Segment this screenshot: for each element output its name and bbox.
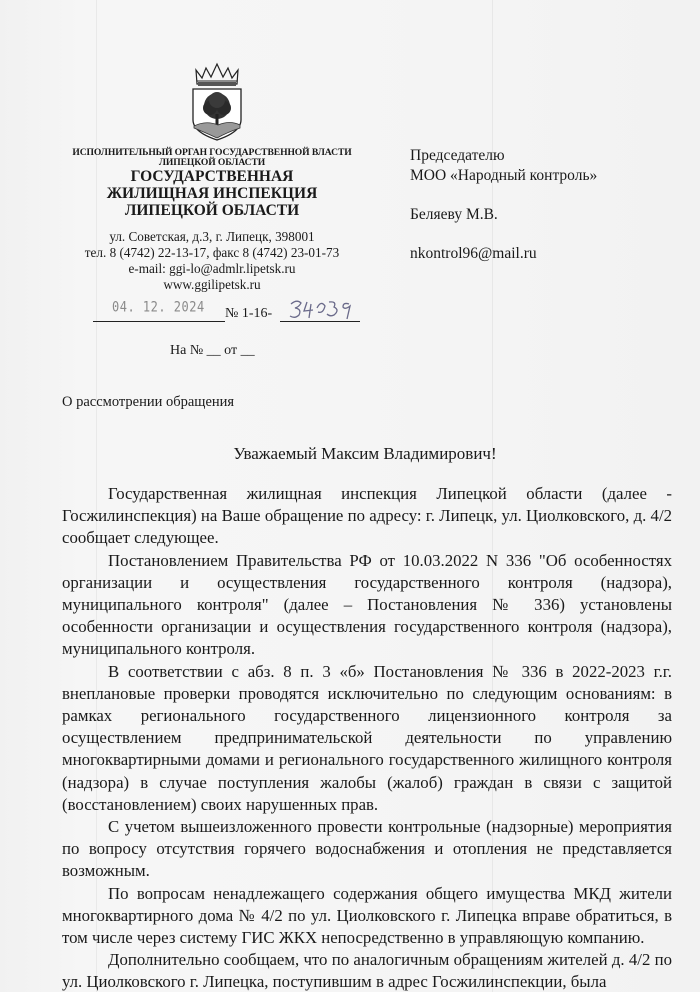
registration-date-stamp: 04. 12. 2024	[112, 299, 205, 315]
handwritten-registration-number: 34039	[287, 296, 365, 322]
body-paragraph: Постановлением Правительства РФ от 10.03…	[62, 550, 672, 661]
body-paragraph: В соответствии с абз. 8 п. 3 «б» Постано…	[62, 661, 672, 816]
registration-number-prefix: № 1-16-	[225, 306, 272, 322]
body-paragraph: Государственная жилищная инспекция Липец…	[62, 483, 672, 550]
org-email: e-mail: ggi-lo@admlr.lipetsk.ru	[62, 260, 362, 277]
body-paragraph: С учетом вышеизложенного провести контро…	[62, 816, 672, 883]
document-page: ИСПОЛНИТЕЛЬНЫЙ ОРГАН ГОСУДАРСТВЕННОЙ ВЛА…	[0, 0, 700, 992]
org-website: www.ggilipetsk.ru	[62, 276, 362, 293]
org-name-line2: ЖИЛИЩНАЯ ИНСПЕКЦИЯ	[62, 185, 362, 203]
executive-body-line2: ЛИПЕЦКОЙ ОБЛАСТИ	[62, 157, 362, 168]
org-name-line3: ЛИПЕЦКОЙ ОБЛАСТИ	[62, 202, 362, 220]
org-address: ул. Советская, д.3, г. Липецк, 398001	[62, 228, 362, 245]
recipient-email: nkontrol96@mail.ru	[410, 244, 537, 263]
letter-greeting: Уважаемый Максим Владимирович!	[0, 444, 700, 464]
org-name-line1: ГОСУДАРСТВЕННАЯ	[62, 168, 362, 186]
number-underline	[280, 321, 360, 322]
coat-of-arms-icon	[188, 62, 246, 142]
letter-body: Государственная жилищная инспекция Липец…	[62, 483, 672, 992]
body-paragraph: По вопросам ненадлежащего содержания общ…	[62, 883, 672, 950]
letter-subject: О рассмотрении обращения	[62, 394, 234, 411]
reply-reference: На № __ от __	[170, 343, 255, 359]
date-underline	[93, 321, 225, 322]
org-phone-fax: тел. 8 (4742) 22-13-17, факс 8 (4742) 23…	[62, 244, 362, 261]
recipient-name: Беляеву М.В.	[410, 205, 498, 224]
recipient-title-line2: МОО «Народный контроль»	[410, 166, 597, 185]
body-paragraph: Дополнительно сообщаем, что по аналогичн…	[62, 949, 672, 992]
recipient-title-line1: Председателю	[410, 146, 505, 165]
